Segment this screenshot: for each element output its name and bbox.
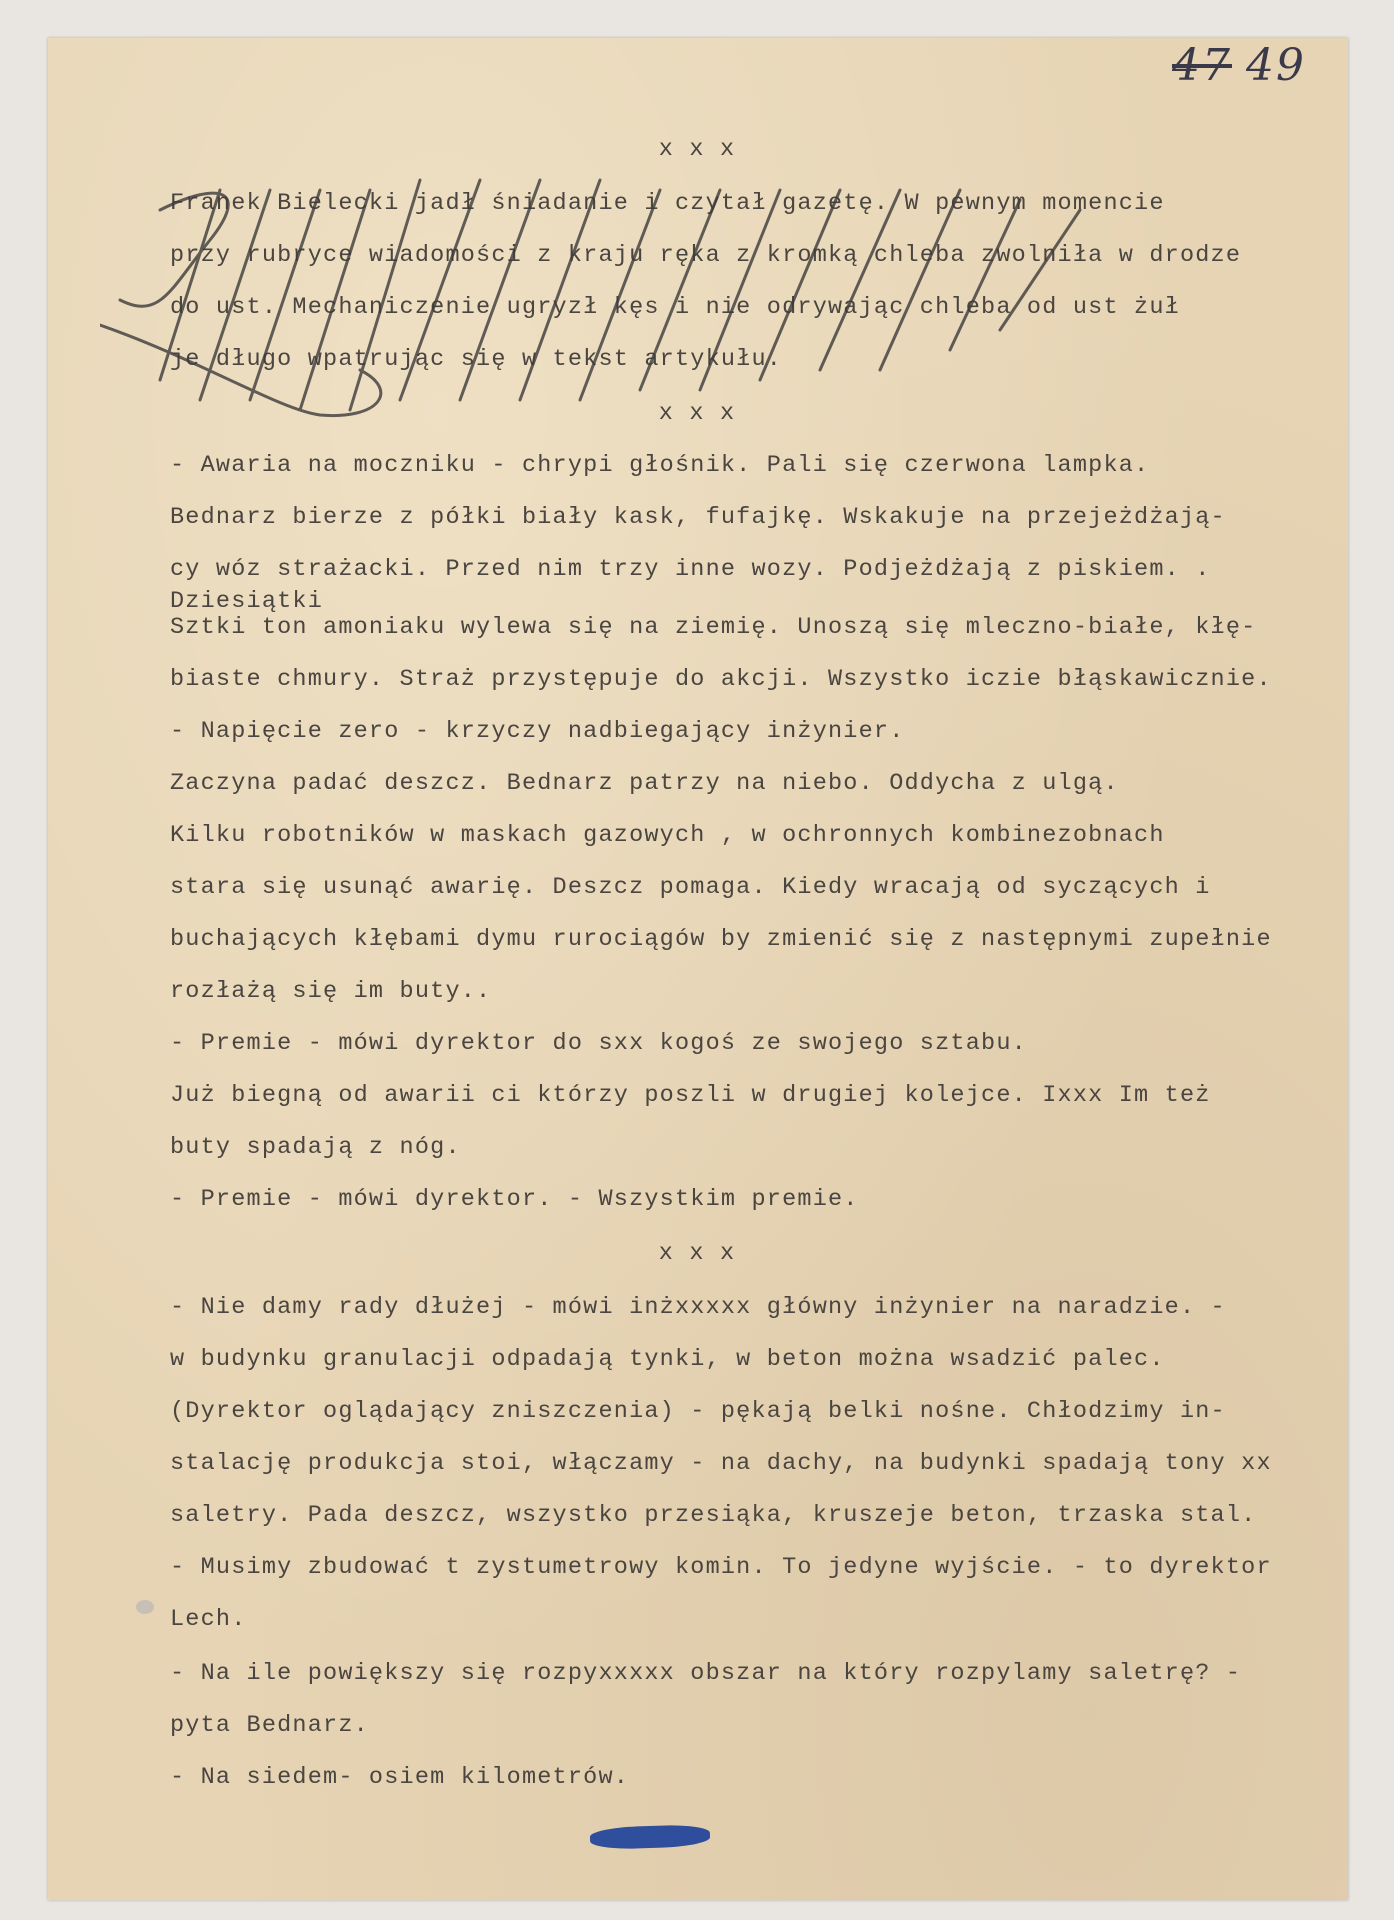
section-separator: x x x <box>0 1240 1394 1267</box>
text-line: buty spadają z nóg. <box>170 1134 461 1161</box>
text-line: - Nie damy rady dłużej - mówi inżxxxxx g… <box>170 1294 1226 1321</box>
text-line: Już biegną od awarii ci którzy poszli w … <box>170 1082 1211 1109</box>
text-line: buchających kłębami dymu rurociągów by z… <box>170 926 1272 953</box>
text-line: do ust. Mechaniczenie ugryzł kęs i nie o… <box>170 294 1180 321</box>
text-line: Bednarz bierze z półki biały kask, fufaj… <box>170 504 1226 531</box>
text-line: Kilku robotników w maskach gazowych , w … <box>170 822 1165 849</box>
text-line: je długo wpatrując się w tekst artykułu. <box>170 346 782 373</box>
text-line: stara się usunąć awarię. Deszcz pomaga. … <box>170 874 1211 901</box>
text-line: cy wóz strażacki. Przed nim trzy inne wo… <box>170 556 1211 583</box>
text-line: - Premie - mówi dyrektor. - Wszystkim pr… <box>170 1186 859 1213</box>
text-line: Franek Bielecki jadł śniadanie i czytał … <box>170 190 1165 217</box>
text-line: przy rubryce wiadomości z kraju ręka z k… <box>170 242 1241 269</box>
page-number: 4749 <box>1172 40 1306 91</box>
text-line-insertion: Dziesiątki <box>170 588 323 615</box>
text-line: - Musimy zbudować t zystumetrowy komin. … <box>170 1554 1272 1581</box>
text-line: (Dyrektor oglądający zniszczenia) - pęka… <box>170 1398 1226 1425</box>
page-number-struck: 47 <box>1172 40 1232 91</box>
text-line: - Awaria na moczniku - chrypi głośnik. P… <box>170 452 1149 479</box>
section-separator: x x x <box>0 136 1394 163</box>
text-line: - Premie - mówi dyrektor do sxx kogoś ze… <box>170 1030 1027 1057</box>
text-line: - Napięcie zero - krzyczy nadbiegający i… <box>170 718 905 745</box>
text-line: rozłażą się im buty.. <box>170 978 491 1005</box>
text-line: pyta Bednarz. <box>170 1712 369 1739</box>
text-line: w budynku granulacji odpadają tynki, w b… <box>170 1346 1165 1373</box>
section-separator: x x x <box>0 400 1394 427</box>
text-line: Lech. <box>170 1606 247 1633</box>
text-line: stalację produkcja stoi, włączamy - na d… <box>170 1450 1272 1477</box>
text-line: saletry. Pada deszcz, wszystko przesiąka… <box>170 1502 1256 1529</box>
page-number-current: 49 <box>1246 40 1306 91</box>
text-line: - Na ile powiększy się rozpyxxxxx obszar… <box>170 1660 1241 1687</box>
text-line: - Na siedem- osiem kilometrów. <box>170 1764 629 1791</box>
text-line: Zaczyna padać deszcz. Bednarz patrzy na … <box>170 770 1119 797</box>
paper-stain <box>136 1600 154 1614</box>
text-line: biaste chmury. Straż przystępuje do akcj… <box>170 666 1272 693</box>
text-line: Sztki ton amoniaku wylewa się na ziemię.… <box>170 614 1256 641</box>
